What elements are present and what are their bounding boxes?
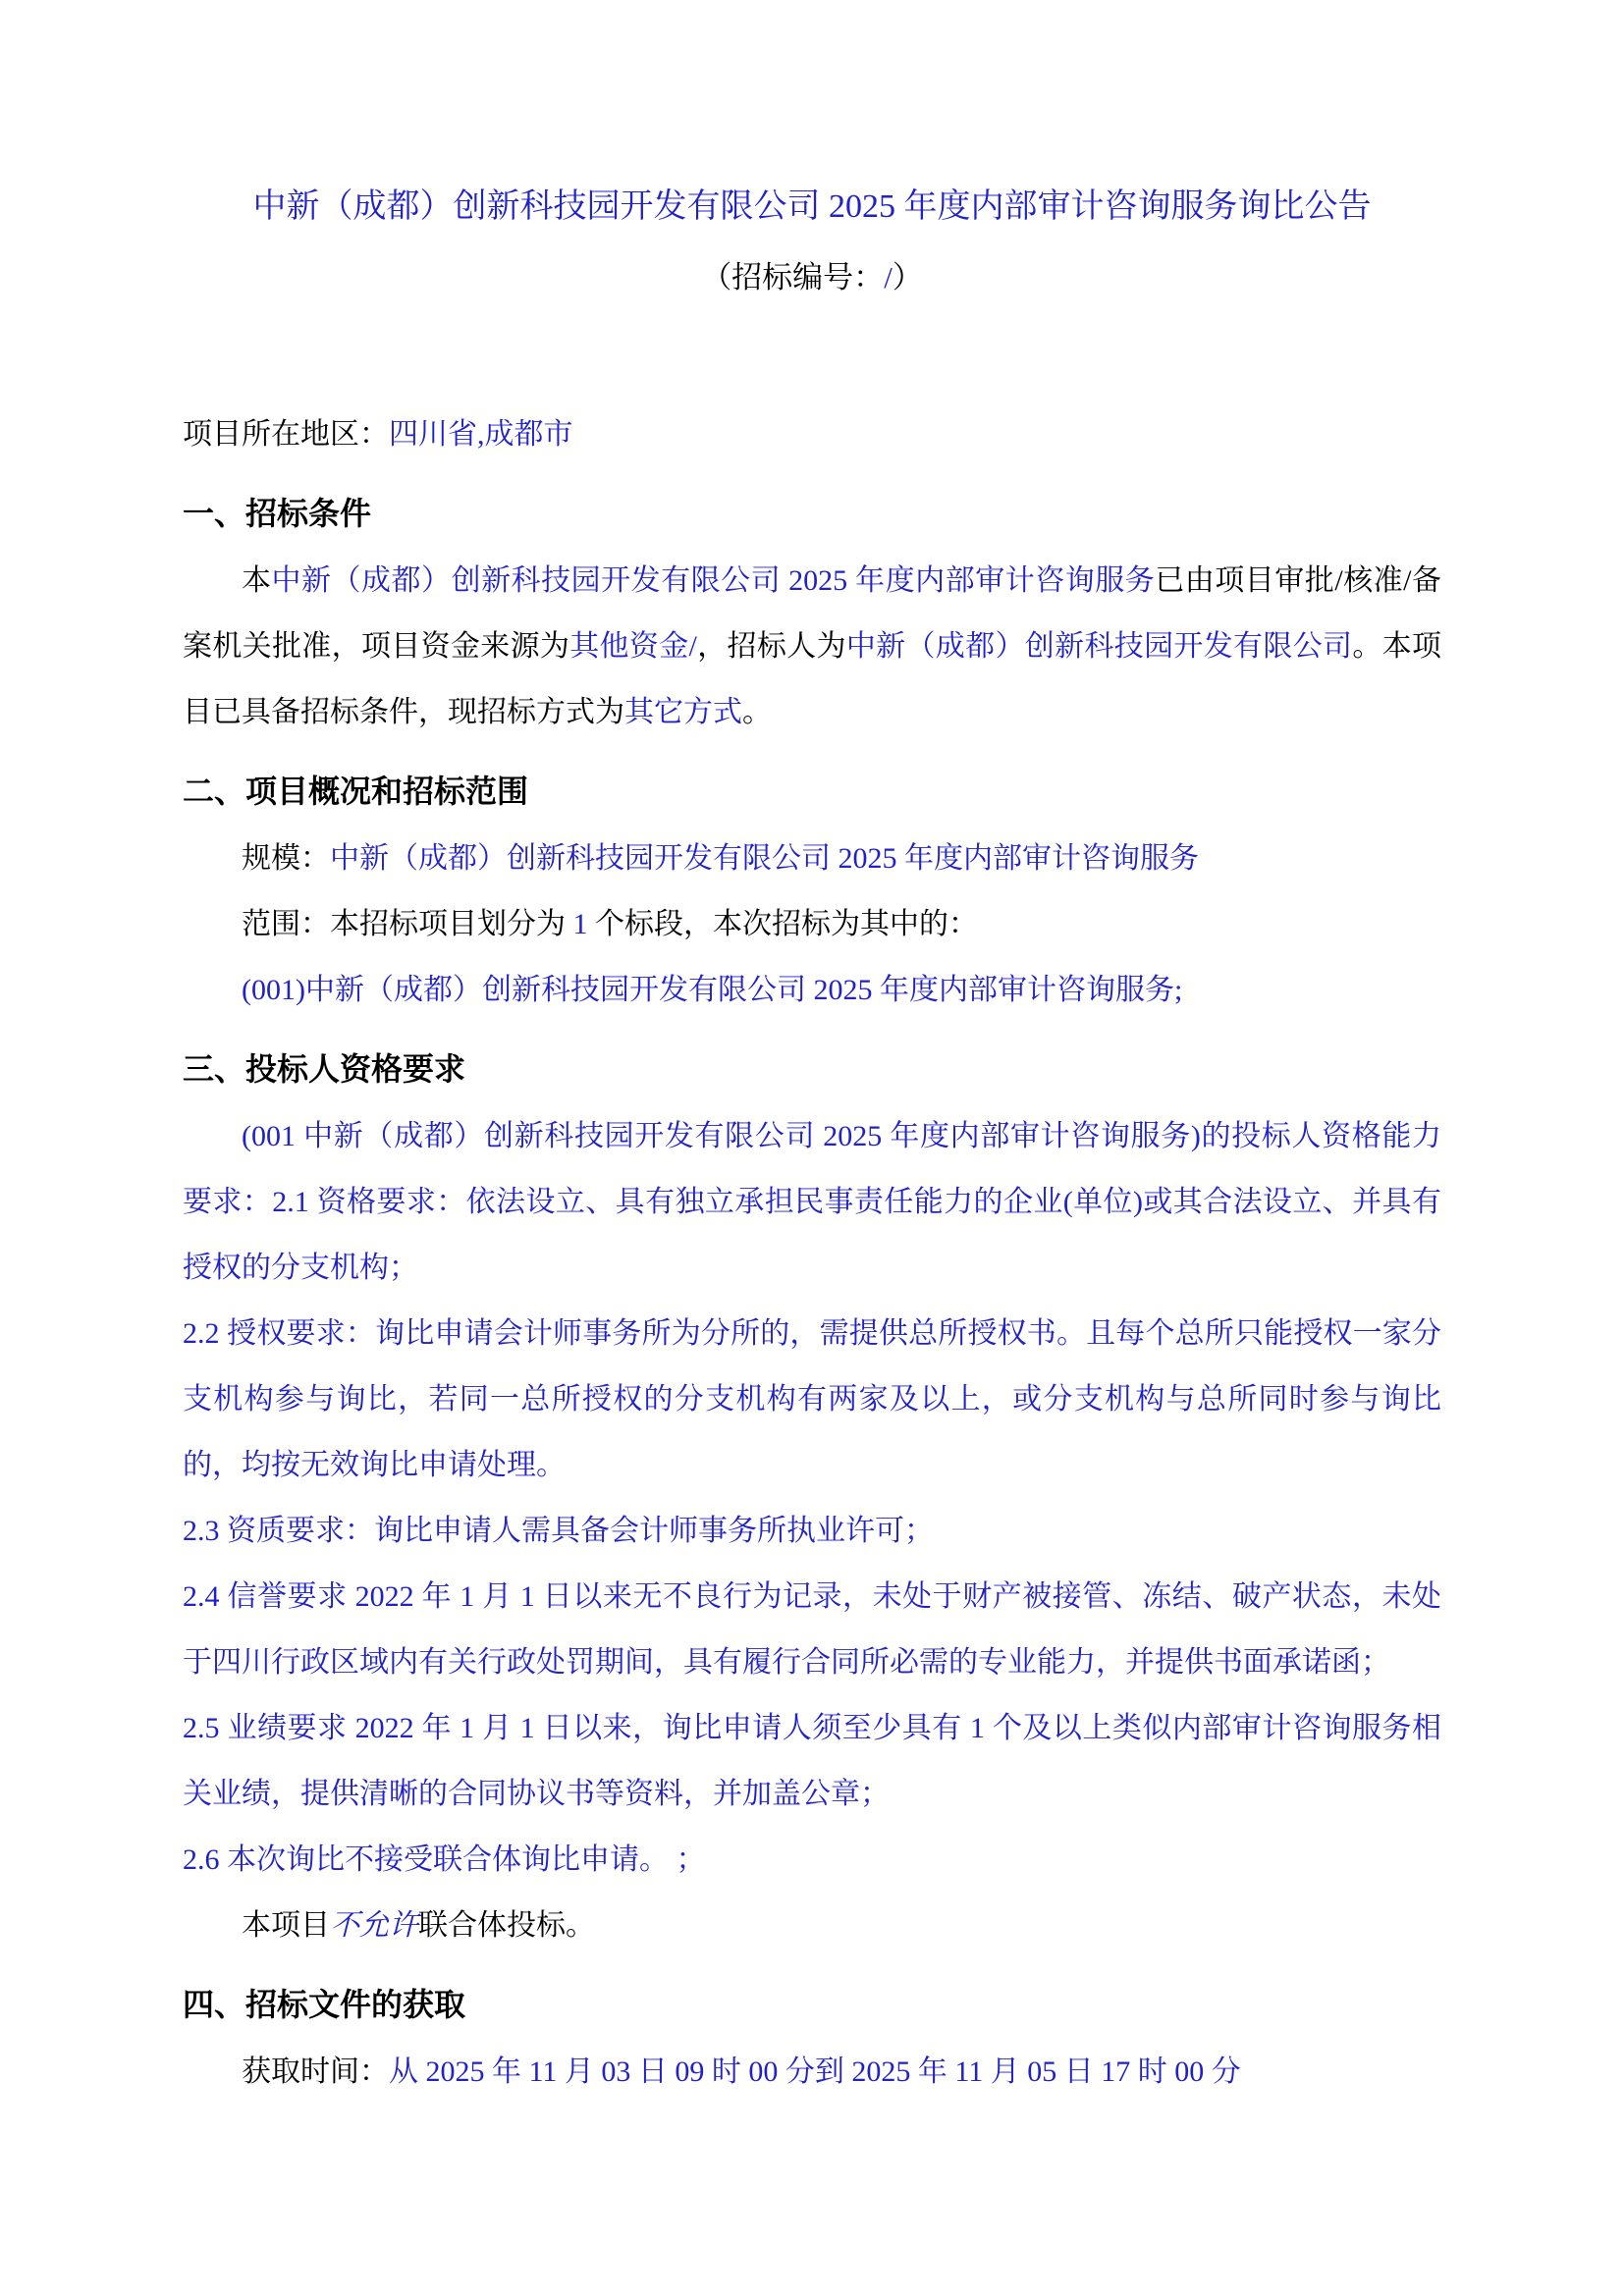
- tender-number-value: /: [884, 260, 893, 294]
- text-run: 一、招标条件: [183, 496, 371, 531]
- text-run: 2.2 授权要求：询比申请会计师事务所为分所的，需提供总所授权书。且每个总所只能…: [183, 1317, 1441, 1481]
- page-inner: 中新（成都）创新科技园开发有限公司 2025 年度内部审计咨询服务询比公告 （招…: [0, 0, 1624, 2105]
- no-consortium-line: 本项目不允许联合体投标。: [183, 1893, 1441, 1958]
- text-run: 获取时间：: [242, 2056, 389, 2088]
- text-run: 。: [742, 696, 772, 728]
- text-run: 项目所在地区：: [183, 418, 389, 451]
- qualification-2-2: 2.2 授权要求：询比申请会计师事务所为分所的，需提供总所授权书。且每个总所只能…: [183, 1301, 1441, 1498]
- text-run: 2.6 本次询比不接受联合体询比申请。 ；: [183, 1843, 706, 1876]
- document-subtitle: （招标编号：/）: [183, 256, 1441, 298]
- document-title: 中新（成都）创新科技园开发有限公司 2025 年度内部审计咨询服务询比公告: [183, 183, 1441, 231]
- document-content: 项目所在地区：四川省,成都市一、招标条件本中新（成都）创新科技园开发有限公司 2…: [183, 401, 1441, 2105]
- section-1-heading: 一、招标条件: [183, 479, 1441, 548]
- lot-001-line: (001)中新（成都）创新科技园开发有限公司 2025 年度内部审计咨询服务;: [183, 957, 1441, 1023]
- text-run: 2.4 信誉要求 2022 年 1 月 1 日以来无不良行为记录，未处于财产被接…: [183, 1580, 1441, 1679]
- text-run: 从 2025 年 11 月 03 日 09 时 00 分到 2025 年 11 …: [389, 2056, 1241, 2088]
- text-run: 四川省,成都市: [389, 418, 573, 451]
- text-run: ，招标人为: [697, 630, 846, 663]
- qualification-2-5: 2.5 业绩要求 2022 年 1 月 1 日以来，询比申请人须至少具有 1 个…: [183, 1695, 1441, 1827]
- section-3-heading: 三、投标人资格要求: [183, 1035, 1441, 1103]
- text-run: 其它方式: [624, 696, 742, 728]
- text-run: 二、项目概况和招标范围: [183, 774, 528, 809]
- text-run: 个标段，本次招标为其中的：: [588, 908, 979, 940]
- project-location-line: 项目所在地区：四川省,成都市: [183, 401, 1441, 467]
- qualification-2-6: 2.6 本次询比不接受联合体询比申请。 ；: [183, 1827, 1441, 1893]
- text-run: 三、投标人资格要求: [183, 1051, 465, 1087]
- text-run: 中新（成都）创新科技园开发有限公司 2025 年度内部审计咨询服务: [330, 842, 1199, 875]
- obtain-time-line: 获取时间：从 2025 年 11 月 03 日 09 时 00 分到 2025 …: [183, 2039, 1441, 2105]
- text-run: 2.5 业绩要求 2022 年 1 月 1 日以来，询比申请人须至少具有 1 个…: [183, 1712, 1441, 1810]
- text-run: 范围：本招标项目划分为: [242, 908, 573, 940]
- text-run: 规模：: [242, 842, 330, 875]
- text-run: 不允许: [330, 1909, 418, 1942]
- section-4-heading: 四、招标文件的获取: [183, 1970, 1441, 2039]
- text-run: 本: [242, 564, 272, 597]
- qualification-2-1: (001 中新（成都）创新科技园开发有限公司 2025 年度内部审计咨询服务)的…: [183, 1103, 1441, 1301]
- subtitle-suffix: ）: [893, 260, 923, 294]
- section-1-paragraph: 本中新（成都）创新科技园开发有限公司 2025 年度内部审计咨询服务已由项目审批…: [183, 548, 1441, 745]
- text-run: 本项目: [242, 1909, 330, 1942]
- text-run: 1: [573, 908, 588, 940]
- text-run: 中新（成都）创新科技园开发有限公司 2025 年度内部审计咨询服务: [272, 564, 1156, 597]
- text-run: (001 中新（成都）创新科技园开发有限公司 2025 年度内部审计咨询服务)的…: [183, 1120, 1441, 1284]
- scale-line: 规模：中新（成都）创新科技园开发有限公司 2025 年度内部审计咨询服务: [183, 826, 1441, 891]
- section-2-heading: 二、项目概况和招标范围: [183, 757, 1441, 826]
- text-run: 四、招标文件的获取: [183, 1987, 465, 2022]
- text-run: 中新（成都）创新科技园开发有限公司: [846, 630, 1353, 663]
- qualification-2-4: 2.4 信誉要求 2022 年 1 月 1 日以来无不良行为记录，未处于财产被接…: [183, 1564, 1441, 1695]
- subtitle-prefix: （招标编号：: [701, 260, 884, 294]
- qualification-2-3: 2.3 资质要求：询比申请人需具备会计师事务所执业许可；: [183, 1498, 1441, 1564]
- scope-line: 范围：本招标项目划分为 1 个标段，本次招标为其中的：: [183, 891, 1441, 957]
- text-run: 联合体投标。: [418, 1909, 595, 1942]
- text-run: 其他资金/: [569, 630, 697, 663]
- text-run: (001)中新（成都）创新科技园开发有限公司 2025 年度内部审计咨询服务;: [242, 974, 1182, 1006]
- text-run: 2.3 资质要求：询比申请人需具备会计师事务所执业许可；: [183, 1515, 934, 1547]
- announcement-page: 中新（成都）创新科技园开发有限公司 2025 年度内部审计咨询服务询比公告 （招…: [0, 0, 1624, 2296]
